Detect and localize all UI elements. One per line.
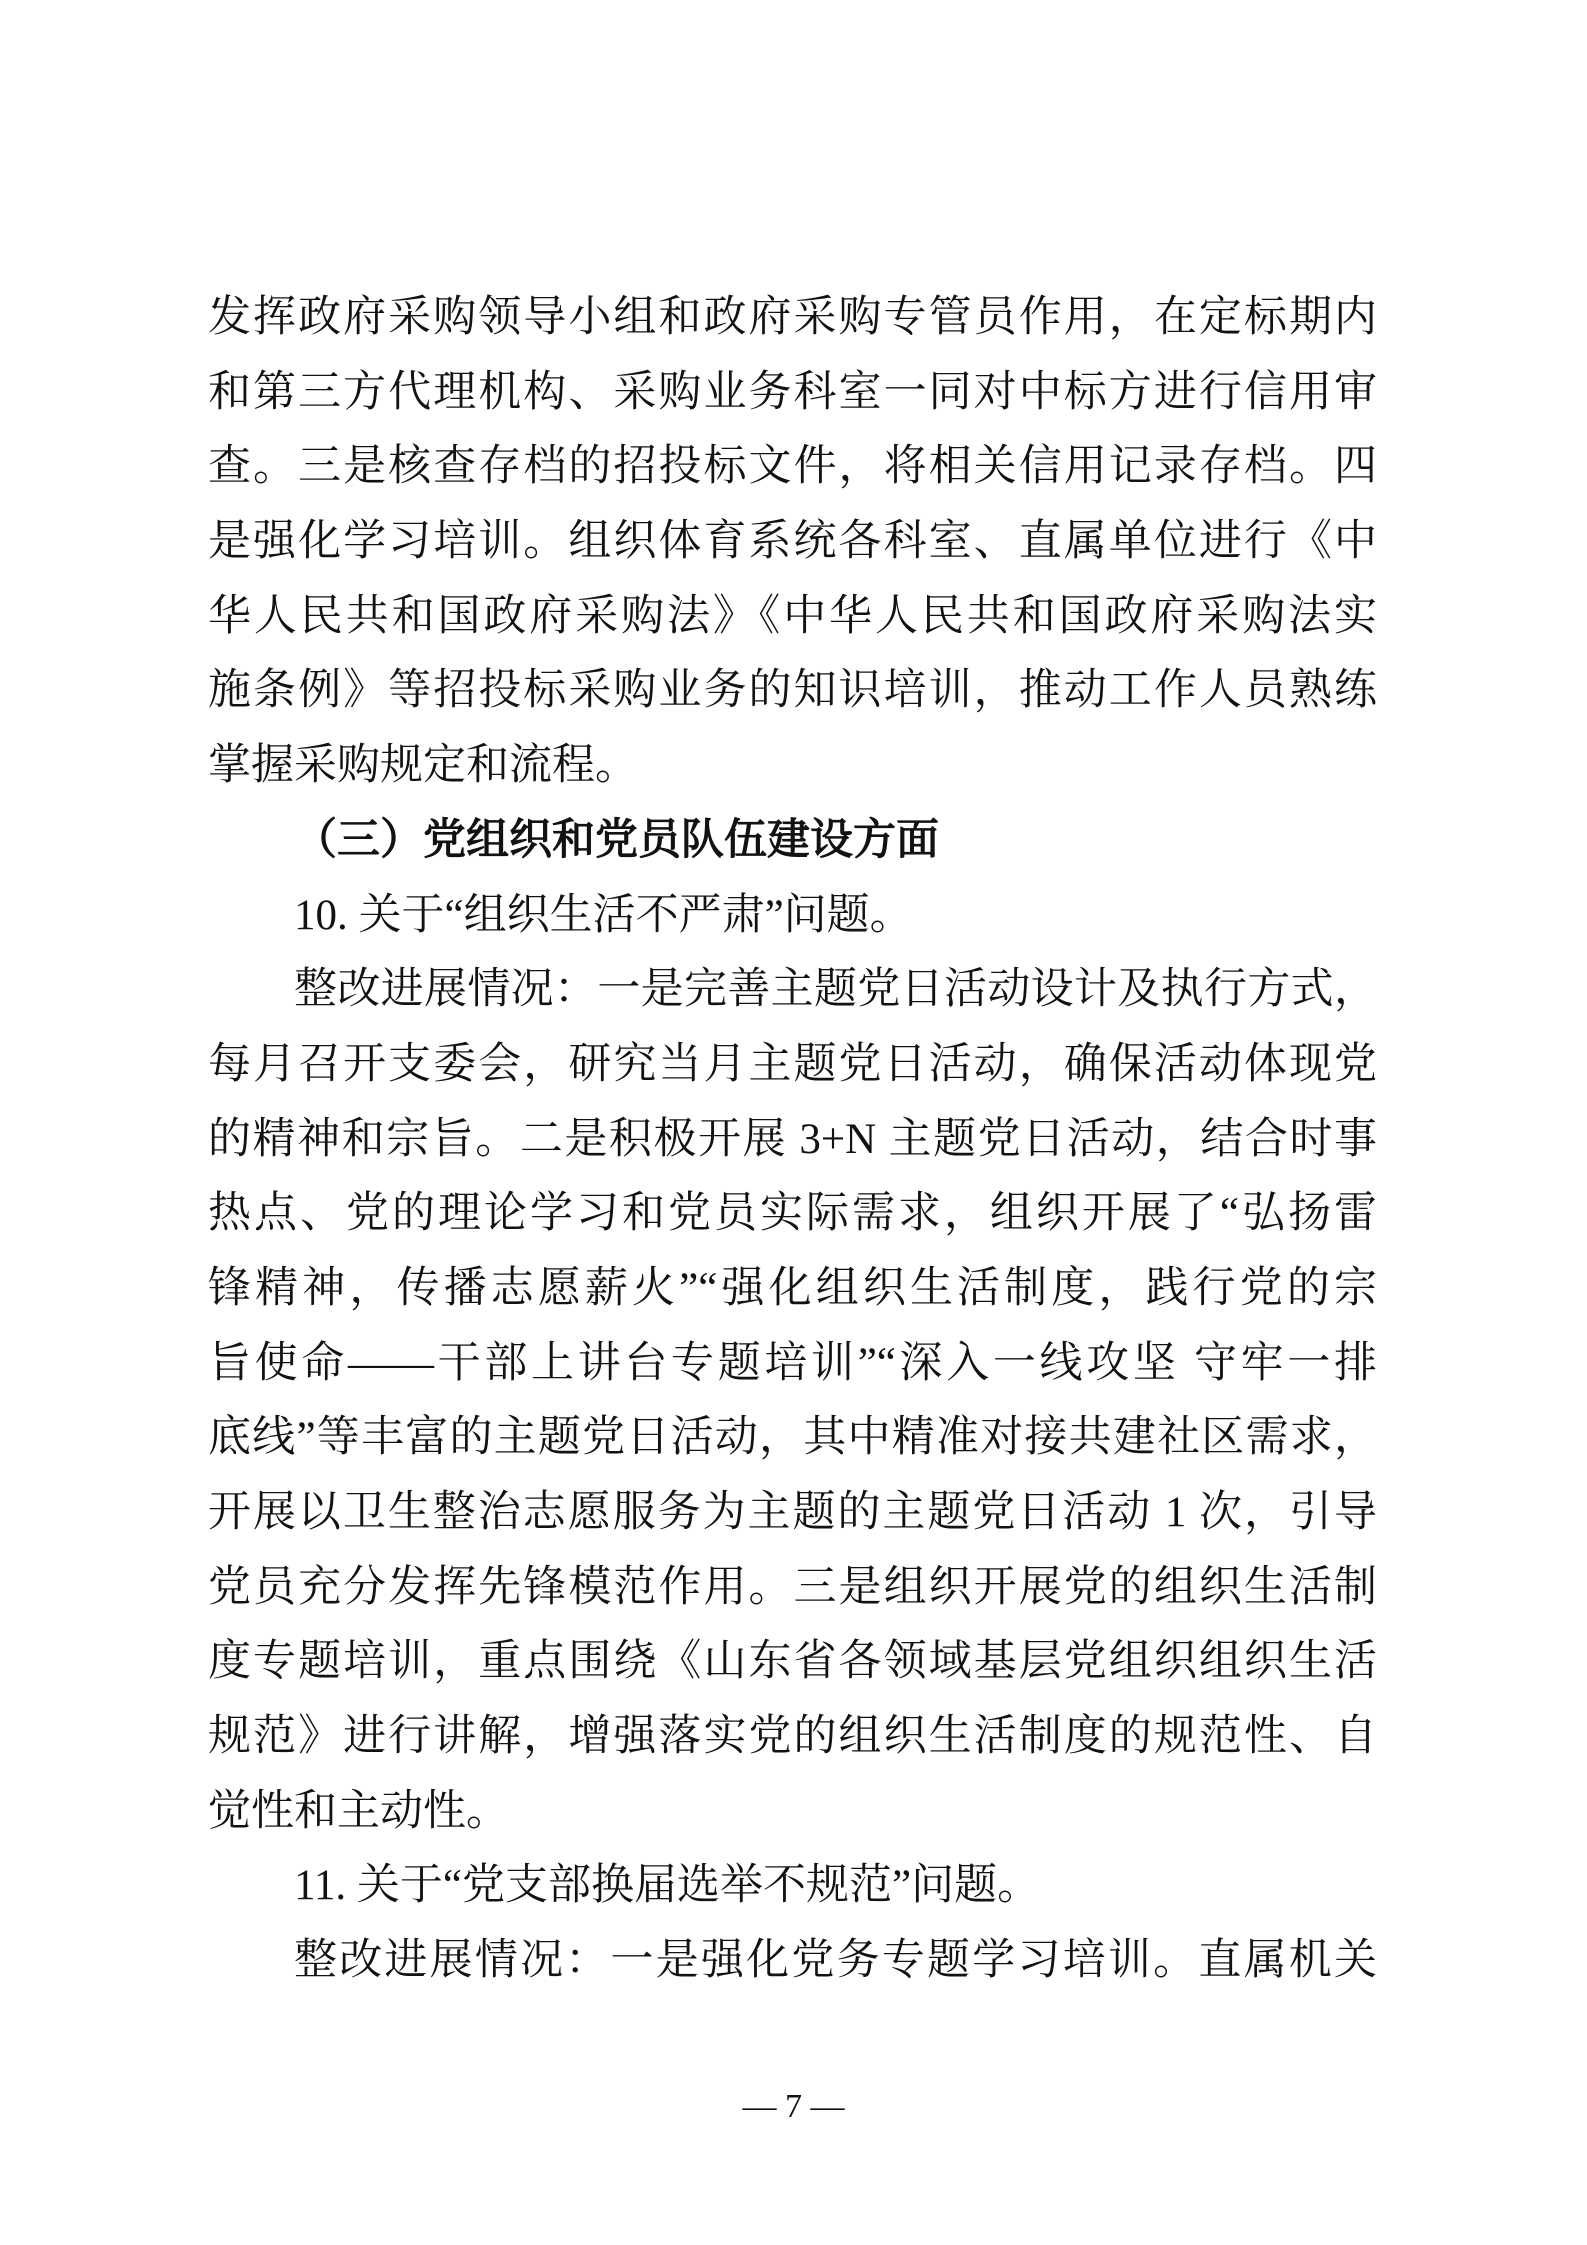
body-line: 觉性和主动性。: [208, 1775, 1377, 1850]
body-line: 掌握采购规定和流程。: [208, 729, 1377, 804]
body-line: 整改进展情况：一是强化党务专题学习培训。直属机关: [208, 1924, 1377, 1999]
body-line: 整改进展情况：一是完善主题党日活动设计及执行方式，: [208, 953, 1377, 1028]
page-footer: — 7 —: [0, 2082, 1587, 2132]
document-page: 发挥政府采购领导小组和政府采购专管员作用，在定标期内 和第三方代理机构、采购业务…: [0, 0, 1587, 2245]
body-line: 是强化学习培训。组织体育系统各科室、直属单位进行《中: [208, 505, 1377, 580]
body-line: 的精神和宗旨。二是积极开展 3+N 主题党日活动，结合时事: [208, 1103, 1377, 1178]
page-number: — 7 —: [743, 2088, 845, 2125]
body-line: 党员充分发挥先锋模范作用。三是组织开展党的组织生活制: [208, 1551, 1377, 1626]
body-line: 热点、党的理论学习和党员实际需求，组织开展了“弘扬雷: [208, 1177, 1377, 1252]
item-heading: 10. 关于“组织生活不严肃”问题。: [208, 879, 1377, 954]
document-body: 发挥政府采购领导小组和政府采购专管员作用，在定标期内 和第三方代理机构、采购业务…: [208, 281, 1377, 1999]
body-line: 旨使命——干部上讲台专题培训”“深入一线攻坚 守牢一排: [208, 1327, 1377, 1402]
item-heading: 11. 关于“党支部换届选举不规范”问题。: [208, 1849, 1377, 1924]
body-line: 底线”等丰富的主题党日活动，其中精准对接共建社区需求，: [208, 1401, 1377, 1476]
body-line: 度专题培训，重点围绕《山东省各领域基层党组织组织生活: [208, 1625, 1377, 1700]
body-line: 和第三方代理机构、采购业务科室一同对中标方进行信用审: [208, 356, 1377, 431]
body-line: 每月召开支委会，研究当月主题党日活动，确保活动体现党: [208, 1028, 1377, 1103]
body-line: 查。三是核查存档的招投标文件，将相关信用记录存档。四: [208, 430, 1377, 505]
body-line: 华人民共和国政府采购法》《中华人民共和国政府采购法实: [208, 580, 1377, 655]
body-line: 锋精神，传播志愿薪火”“强化组织生活制度，践行党的宗: [208, 1252, 1377, 1327]
section-heading: （三）党组织和党员队伍建设方面: [208, 804, 1377, 879]
body-line: 规范》进行讲解，增强落实党的组织生活制度的规范性、自: [208, 1700, 1377, 1775]
body-line: 开展以卫生整治志愿服务为主题的主题党日活动 1 次，引导: [208, 1476, 1377, 1551]
body-line: 发挥政府采购领导小组和政府采购专管员作用，在定标期内: [208, 281, 1377, 356]
body-line: 施条例》等招投标采购业务的知识培训，推动工作人员熟练: [208, 654, 1377, 729]
